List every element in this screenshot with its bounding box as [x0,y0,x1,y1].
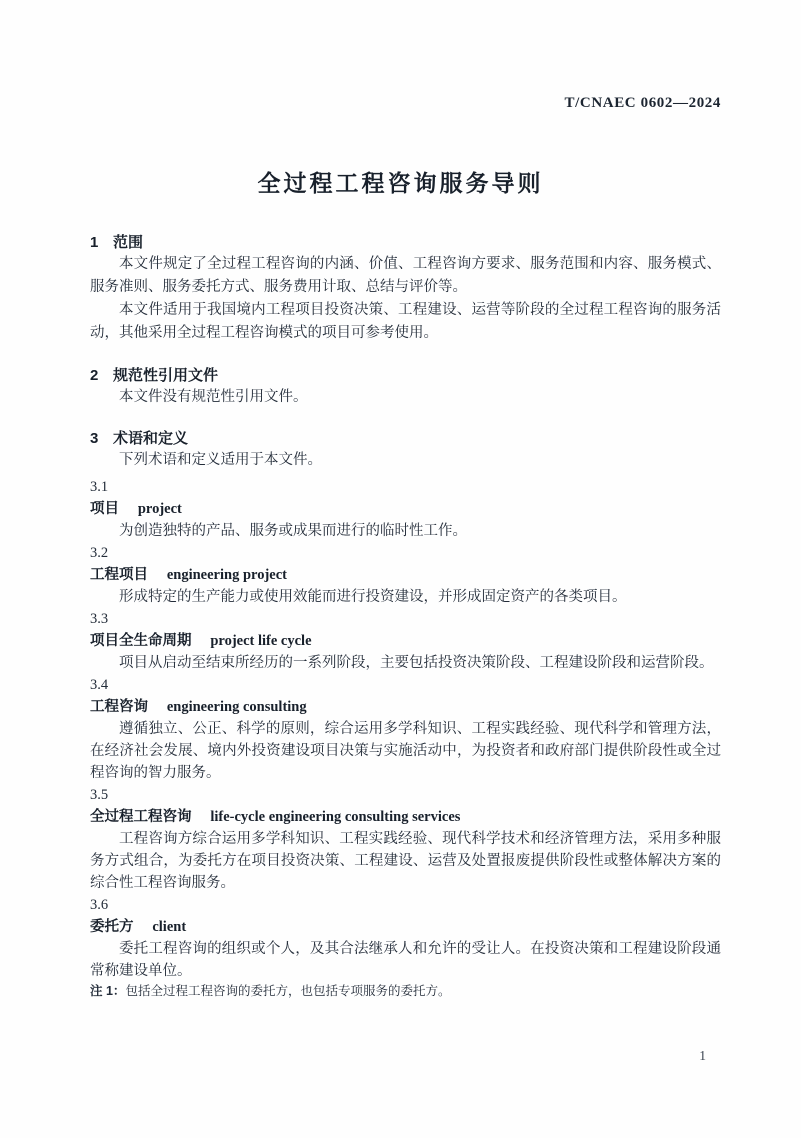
section-2-title: 规范性引用文件 [113,367,218,384]
section-3-title: 术语和定义 [113,430,188,447]
term-3-2-title: 工程项目engineering project [90,564,721,586]
section-3-heading: 3术语和定义 [90,428,721,449]
term-3-6-note: 注 1：包括全过程工程咨询的委托方，也包括专项服务的委托方。 [90,982,721,1001]
document-body: 1范围 本文件规定了全过程工程咨询的内涵、价值、工程咨询方要求、服务范围和内容、… [90,232,721,1001]
term-3-1-title: 项目project [90,498,721,520]
term-3-1-en: project [138,501,182,517]
term-entry-3-3: 3.3 项目全生命周期project life cycle 项目从启动至结束所经… [90,608,721,674]
note-label: 注 1： [90,984,125,998]
term-3-6-definition: 委托工程咨询的组织或个人，及其合法继承人和允许的受让人。在投资决策和工程建设阶段… [90,938,721,982]
section-2-number: 2 [90,365,113,386]
term-entry-3-4: 3.4 工程咨询engineering consulting 遵循独立、公正、科… [90,674,721,784]
term-entry-3-2: 3.2 工程项目engineering project 形成特定的生产能力或使用… [90,542,721,608]
section-1-title: 范围 [113,234,143,251]
term-3-3-en: project life cycle [210,633,311,649]
term-3-2-definition: 形成特定的生产能力或使用效能而进行投资建设，并形成固定资产的各类项目。 [90,586,721,608]
terms-list: 3.1 项目project 为创造独特的产品、服务或成果而进行的临时性工作。 3… [90,476,721,1001]
page-number: 1 [0,1048,706,1064]
term-3-1-number: 3.1 [90,476,721,498]
document-title: 全过程工程咨询服务导则 [0,165,801,198]
section-1-heading: 1范围 [90,232,721,253]
section-3-paragraph-1: 下列术语和定义适用于本文件。 [90,449,721,472]
term-3-1-definition: 为创造独特的产品、服务或成果而进行的临时性工作。 [90,520,721,542]
term-3-3-zh: 项目全生命周期 [90,633,192,649]
term-3-5-en: life-cycle engineering consulting servic… [210,809,460,825]
term-3-2-number: 3.2 [90,542,721,564]
term-entry-3-5: 3.5 全过程工程咨询life-cycle engineering consul… [90,784,721,894]
term-3-2-zh: 工程项目 [90,567,148,583]
term-3-4-definition: 遵循独立、公正、科学的原则，综合运用多学科知识、工程实践经验、现代科学和管理方法… [90,718,721,784]
section-1-paragraph-2: 本文件适用于我国境内工程项目投资决策、工程建设、运营等阶段的全过程工程咨询的服务… [90,299,721,345]
term-3-3-definition: 项目从启动至结束所经历的一系列阶段，主要包括投资决策阶段、工程建设阶段和运营阶段… [90,652,721,674]
term-3-4-en: engineering consulting [167,699,307,715]
term-3-3-number: 3.3 [90,608,721,630]
section-3-number: 3 [90,428,113,449]
term-3-4-zh: 工程咨询 [90,699,148,715]
term-3-3-title: 项目全生命周期project life cycle [90,630,721,652]
term-3-6-number: 3.6 [90,894,721,916]
document-page: T/CNAEC 0602—2024 全过程工程咨询服务导则 1范围 本文件规定了… [0,0,801,1138]
term-entry-3-6: 3.6 委托方client 委托工程咨询的组织或个人，及其合法继承人和允许的受让… [90,894,721,1001]
term-3-4-title: 工程咨询engineering consulting [90,696,721,718]
term-3-5-zh: 全过程工程咨询 [90,809,192,825]
term-3-5-number: 3.5 [90,784,721,806]
section-2-heading: 2规范性引用文件 [90,365,721,386]
note-text: 包括全过程工程咨询的委托方，也包括专项服务的委托方。 [125,984,450,998]
section-2-paragraph-1: 本文件没有规范性引用文件。 [90,386,721,409]
term-3-1-zh: 项目 [90,501,119,517]
section-1-paragraph-1: 本文件规定了全过程工程咨询的内涵、价值、工程咨询方要求、服务范围和内容、服务模式… [90,253,721,299]
term-3-6-en: client [152,919,186,935]
term-3-6-zh: 委托方 [90,919,134,935]
section-1-number: 1 [90,232,113,253]
term-3-5-title: 全过程工程咨询life-cycle engineering consulting… [90,806,721,828]
term-3-2-en: engineering project [167,567,287,583]
term-3-6-title: 委托方client [90,916,721,938]
term-3-4-number: 3.4 [90,674,721,696]
term-3-5-definition: 工程咨询方综合运用多学科知识、工程实践经验、现代科学技术和经济管理方法，采用多种… [90,828,721,894]
standard-code: T/CNAEC 0602—2024 [565,95,721,112]
term-entry-3-1: 3.1 项目project 为创造独特的产品、服务或成果而进行的临时性工作。 [90,476,721,542]
